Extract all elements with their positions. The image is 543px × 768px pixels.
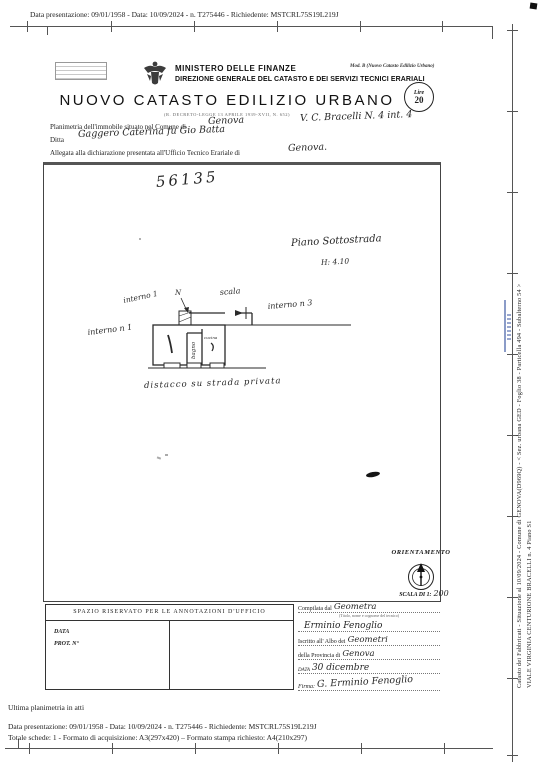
footer-format-line: Totale schede: 1 - Formato di acquisizio…: [8, 733, 307, 742]
bollo-stamp-box: [55, 62, 107, 80]
ufficio-value: Genova.: [288, 142, 327, 154]
ministry-title: MINISTERO DELLE FINANZE: [175, 64, 296, 73]
blue-signature-microtext: [507, 314, 511, 340]
scale-row: SCALA DI 1: 200: [384, 589, 464, 598]
label-interno1-left: interno n 1: [87, 323, 133, 337]
ruler-top-line: [10, 26, 493, 27]
compiler-row-albo: Iscritto all' Albo dei Geometri: [298, 633, 440, 646]
office-box-title: SPAZIO RISERVATO PER LE ANNOTAZIONI D'UF…: [46, 605, 293, 621]
floor-plan-symbols: [184, 307, 243, 316]
scale-value: 200: [433, 589, 448, 598]
compiler-name-value: Erminio Fenoglio: [298, 621, 440, 631]
sheet-number: 56135: [155, 168, 219, 191]
albo-label: Iscritto all' Albo dei: [298, 639, 348, 645]
office-data-label: DATA: [54, 629, 69, 635]
provincia-value: Genova: [342, 649, 440, 659]
ruler-right-line: [512, 24, 513, 762]
label-north: N: [174, 289, 182, 297]
state-emblem-icon: [142, 59, 168, 89]
label-interno3: interno n 3: [267, 298, 312, 311]
compiled-label: Compilata dal: [298, 606, 334, 612]
ruler-tick: [195, 743, 196, 754]
compiler-hint: (Titolo, nome e cognome del tecnico): [298, 613, 440, 618]
firma-value: G. Erminio Fenoglio: [317, 673, 440, 690]
ruler-tick: [278, 743, 279, 754]
ruler-tick: [111, 21, 112, 32]
compiler-row-provincia: della Provincia di Genova: [298, 647, 440, 660]
compiler-row-compiled: Compilata dal Geometra: [298, 600, 440, 613]
label-scala: scala: [219, 286, 241, 297]
office-annotations-box: SPAZIO RISERVATO PER LE ANNOTAZIONI D'UF…: [45, 604, 294, 690]
pen-stroke: [168, 335, 172, 353]
compiler-row-data: DATA 30 dicembre: [298, 661, 440, 674]
ruler-bottom-line: [5, 748, 493, 749]
sidebar-cadastre-caption: Catasto dei Fabbricati - Situazione al 1…: [516, 28, 525, 688]
ruler-tick: [442, 21, 443, 32]
scale-prefix: SCALA DI 1:: [399, 592, 431, 598]
floor-plan-walls: [148, 298, 351, 368]
ruler-tick: [507, 755, 518, 756]
ink-blot: [366, 471, 381, 478]
ruler-top-left-corner: [47, 26, 48, 35]
firma-label: Firma:: [298, 684, 317, 690]
mod-b-label: Mod. B (Nuovo Catasto Edilizio Urbano): [350, 64, 434, 69]
blue-signature-mark: [504, 300, 506, 352]
ruler-tick: [27, 21, 28, 32]
compiler-data-label: DATA: [298, 668, 312, 673]
label-bagno: bagno: [191, 341, 197, 359]
faint-mark: [157, 456, 161, 459]
top-presentation-metadata: Data presentazione: 09/01/1958 - Data: 1…: [30, 10, 339, 19]
albo-value: Geometri: [348, 635, 440, 645]
floor-title: Piano Sottostrada: [291, 233, 382, 249]
scan-corner-mark: [530, 3, 538, 10]
sidebar-address-caption: VIALE VIRGINIA CENTURIONE BRACELLI n. 4 …: [526, 28, 535, 688]
pen-dot: [139, 238, 141, 240]
floor-height: H: 4.10: [321, 257, 350, 267]
scanned-planimetria-viewer: Data presentazione: 09/01/1958 - Data: 1…: [0, 0, 543, 768]
ruler-tick: [360, 21, 361, 32]
compiler-row-firma: Firma: G. Erminio Fenoglio: [298, 675, 440, 691]
document-title: NUOVO CATASTO EDILIZIO URBANO: [48, 92, 406, 109]
floor-plan-labels: scala interno 1 N interno n 3 interno n …: [87, 286, 313, 359]
ruler-tick: [444, 743, 445, 754]
ruler-tick: [29, 743, 30, 754]
pen-scribble: [211, 343, 213, 351]
door-arrow-icon: [235, 310, 243, 316]
compiled-value: Geometra: [334, 602, 440, 612]
ufficio-label: Allegata alla dichiarazione presentata a…: [50, 149, 240, 157]
direction-title: DIREZIONE GENERALE DEL CATASTO E DEI SER…: [175, 76, 425, 83]
provincia-label: della Provincia di: [298, 653, 342, 659]
label-interno1-top: interno 1: [123, 289, 159, 305]
compiler-box: Compilata dal Geometra (Titolo, nome e c…: [298, 600, 440, 692]
lire-stamp-value: 20: [415, 96, 424, 105]
office-prot-label: PROT. N°: [54, 641, 79, 647]
compiler-row-name: Erminio Fenoglio: [298, 619, 440, 632]
floor-plan: scala interno 1 N interno n 3 interno n …: [84, 283, 364, 393]
label-cucina: cucina: [204, 335, 218, 340]
footer-presentation-line: Data presentazione: 09/01/1958 - Data: 1…: [8, 722, 317, 731]
north-arrowhead-icon: [184, 307, 189, 313]
faint-mark: [165, 454, 168, 456]
ruler-top-right-corner: [492, 26, 493, 39]
ruler-tick: [112, 743, 113, 754]
orientation-title: ORIENTAMENTO: [386, 549, 456, 556]
lire-20-stamp: Lire 20: [404, 82, 434, 112]
compiler-data-value: 30 dicembre: [312, 663, 440, 673]
ruler-tick: [361, 743, 362, 754]
office-box-divider: [169, 621, 170, 689]
ditta-label: Ditta: [50, 136, 64, 144]
ruler-tick: [194, 21, 195, 32]
ruler-tick: [277, 21, 278, 32]
drawing-area: 56135 Piano Sottostrada H: 4.10: [43, 162, 441, 602]
footer-status-line: Ultima planimetria in atti: [8, 703, 84, 712]
